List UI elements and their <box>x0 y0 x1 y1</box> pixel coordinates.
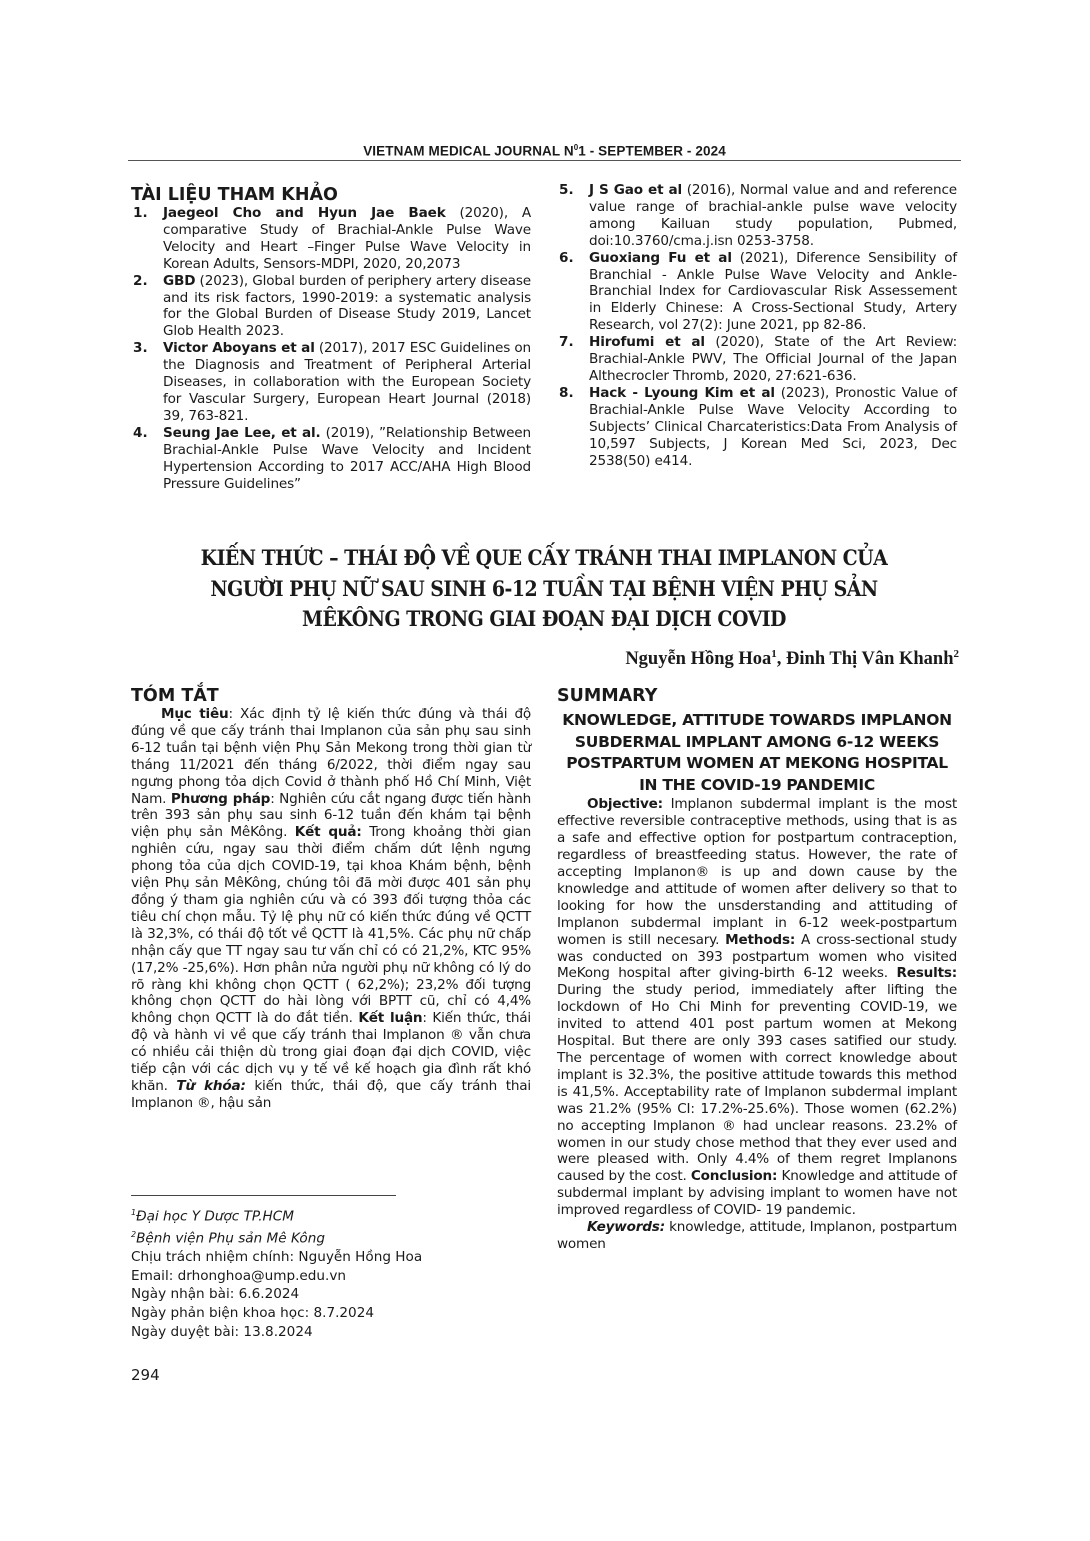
summary-english: SUMMARY KNOWLEDGE, ATTITUDE TOWARDS IMPL… <box>557 686 957 1253</box>
reference-authors: Seung Jae Lee, et al. <box>163 425 321 441</box>
reference-authors: Victor Aboyans et al <box>163 340 315 356</box>
abstract-body: Mục tiêu: Xác định tỷ lệ kiến thức đúng … <box>131 706 531 1112</box>
review-date: Ngày phản biện khoa học: 8.7.2024 <box>131 1304 422 1323</box>
reference-authors: Jaegeol Cho and Hyun Jae Baek <box>163 205 446 221</box>
reference-item: 7. Hirofumi et al (2020), State of the A… <box>557 334 957 385</box>
corresponding-author: Chịu trách nhiệm chính: Nguyễn Hồng Hoa <box>131 1248 422 1267</box>
running-header: VIETNAM MEDICAL JOURNAL N01 - SEPTEMBER … <box>128 143 961 159</box>
summary-title: KNOWLEDGE, ATTITUDE TOWARDS IMPLANON SUB… <box>557 710 957 796</box>
summary-keywords: Keywords: knowledge, attitude, Implanon,… <box>557 1219 957 1253</box>
reference-authors: GBD <box>163 273 195 289</box>
reference-authors: Guoxiang Fu et al <box>589 250 732 266</box>
journal-issue: 1 - SEPTEMBER - 2024 <box>578 144 726 159</box>
author-name: Đinh Thị Vân Khanh <box>786 649 953 669</box>
page-number: 294 <box>131 1366 160 1384</box>
reference-item: 5. J S Gao et al (2016), Normal value an… <box>557 182 957 250</box>
author-list: Nguyễn Hồng Hoa1, Đinh Thị Vân Khanh2 <box>625 648 959 670</box>
email: Email: drhonghoa@ump.edu.vn <box>131 1267 422 1286</box>
reference-item: 6. Guoxiang Fu et al (2021), Diference S… <box>557 250 957 335</box>
reference-authors: Hirofumi et al <box>589 334 705 350</box>
author-name: Nguyễn Hồng Hoa <box>625 649 771 669</box>
article-title: KIẾN THỨC – THÁI ĐỘ VỀ QUE CẤY TRÁNH THA… <box>181 544 908 636</box>
journal-name: VIETNAM MEDICAL JOURNAL N <box>363 144 574 159</box>
references-left-column: TÀI LIỆU THAM KHẢO 1. Jaegeol Cho and Hy… <box>131 185 531 492</box>
summary-heading: SUMMARY <box>557 686 957 706</box>
reference-authors: Hack - Lyoung Kim et al <box>589 385 775 401</box>
header-rule <box>128 160 961 161</box>
reference-item: 2. GBD (2023), Global burden of peripher… <box>131 273 531 341</box>
references-heading: TÀI LIỆU THAM KHẢO <box>131 185 531 205</box>
reference-item: 8. Hack - Lyoung Kim et al (2023), Prono… <box>557 385 957 470</box>
reference-item: 1. Jaegeol Cho and Hyun Jae Baek (2020),… <box>131 205 531 273</box>
affiliation-2: 2Bệnh viện Phụ sản Mê Kông <box>131 1226 422 1248</box>
journal-page: VIETNAM MEDICAL JOURNAL N01 - SEPTEMBER … <box>0 0 1090 1541</box>
reference-item: 4. Seung Jae Lee, et al. (2019), ”Relati… <box>131 425 531 493</box>
summary-body: Objective: Implanon subdermal implant is… <box>557 796 957 1219</box>
reference-authors: J S Gao et al <box>589 182 682 198</box>
received-date: Ngày nhận bài: 6.6.2024 <box>131 1285 422 1304</box>
abstract-vietnamese: TÓM TẮT Mục tiêu: Xác định tỷ lệ kiến th… <box>131 686 531 1112</box>
affiliation-1: 1Đại học Y Dược TP.HCM <box>131 1204 422 1226</box>
footnote-rule <box>131 1195 396 1196</box>
references-right-column: 5. J S Gao et al (2016), Normal value an… <box>557 182 957 469</box>
abstract-heading: TÓM TẮT <box>131 686 531 706</box>
reference-item: 3. Victor Aboyans et al (2017), 2017 ESC… <box>131 340 531 425</box>
footnotes: 1Đại học Y Dược TP.HCM 2Bệnh viện Phụ sả… <box>131 1204 422 1341</box>
accepted-date: Ngày duyệt bài: 13.8.2024 <box>131 1323 422 1342</box>
